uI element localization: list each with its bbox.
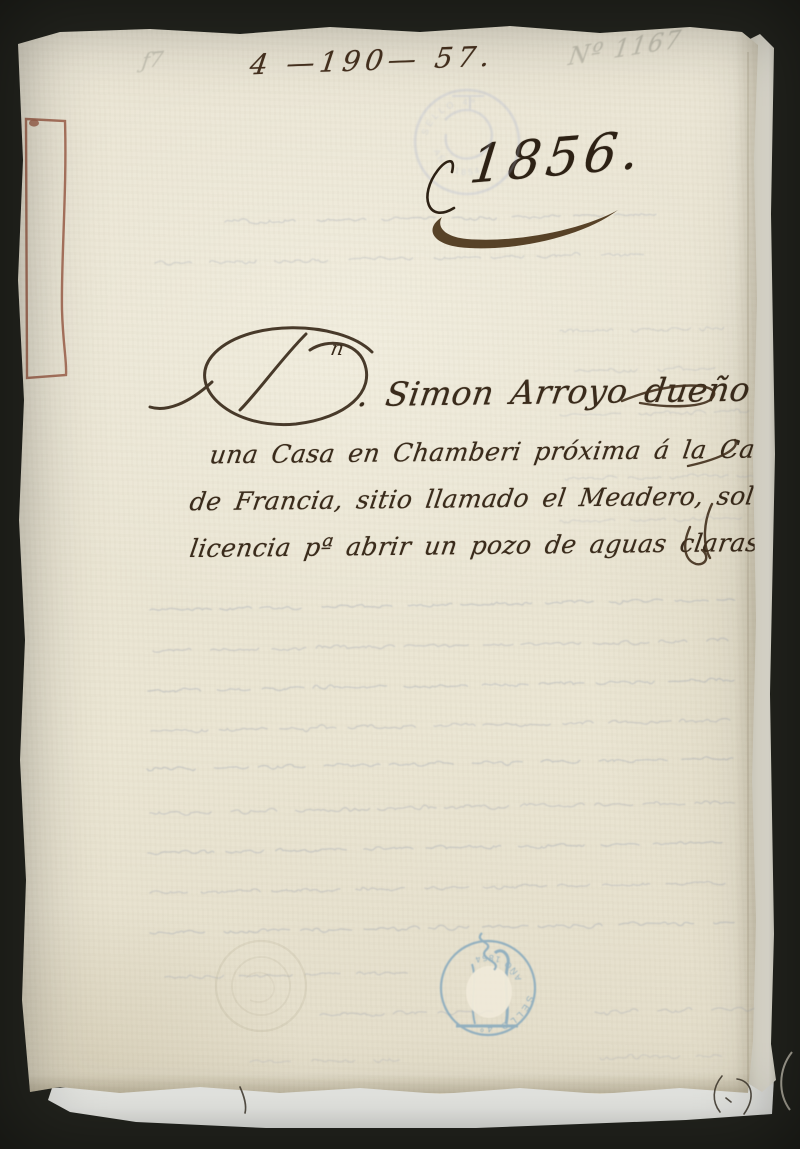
petition-line-1: . Simon Arroyo dueño de: [355, 369, 800, 414]
petition-line-2: una Casa en Chamberi próxima á la Carret…: [208, 434, 800, 470]
paper-edge-shading-right: [734, 30, 758, 1092]
paper-texture: [0, 0, 800, 1149]
folio-number-pencil: ƒ7: [140, 47, 164, 74]
stray-page-edge-mark: [781, 1052, 792, 1110]
petition-line-4: licencia pª abrir un pozo de aguas clara…: [188, 528, 770, 563]
manuscript-page: ƒ7 4 —190— 57. Nº 1167 1856. n . Simon A…: [0, 0, 800, 1149]
paper-crease: [747, 52, 749, 1082]
archive-photograph: ƒ7 4 —190— 57. Nº 1167 1856. n . Simon A…: [0, 0, 800, 1149]
